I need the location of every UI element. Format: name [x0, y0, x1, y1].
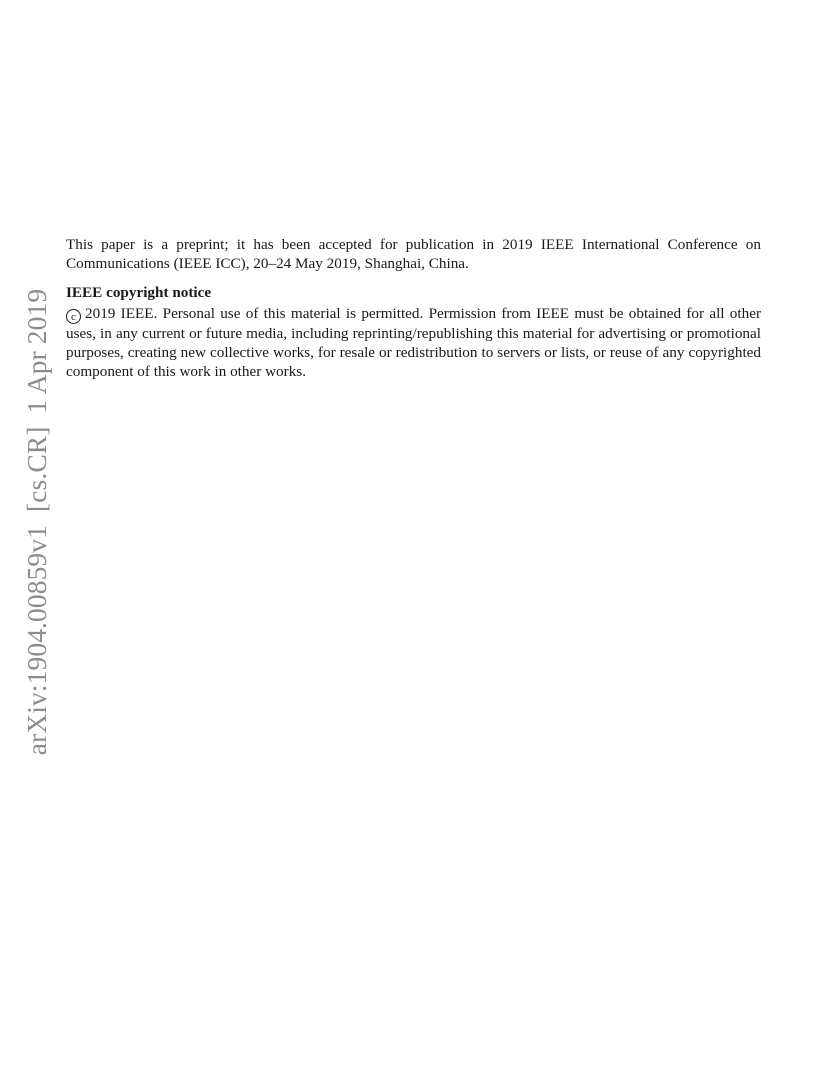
page-content: This paper is a preprint; it has been ac…: [66, 235, 761, 382]
copyright-paragraph: c2019 IEEE. Personal use of this materia…: [66, 304, 761, 382]
copyright-icon: c: [66, 309, 81, 324]
copyright-text: 2019 IEEE. Personal use of this material…: [66, 305, 761, 381]
preprint-notice: This paper is a preprint; it has been ac…: [66, 235, 761, 274]
copyright-heading: IEEE copyright notice: [66, 283, 761, 302]
arxiv-id[interactable]: arXiv:1904.00859v1: [21, 525, 52, 755]
arxiv-stamp-text: arXiv:1904.00859v1[cs.CR]1 Apr 2019: [21, 289, 53, 755]
arxiv-category: [cs.CR]: [21, 427, 52, 512]
arxiv-date: 1 Apr 2019: [21, 289, 52, 414]
